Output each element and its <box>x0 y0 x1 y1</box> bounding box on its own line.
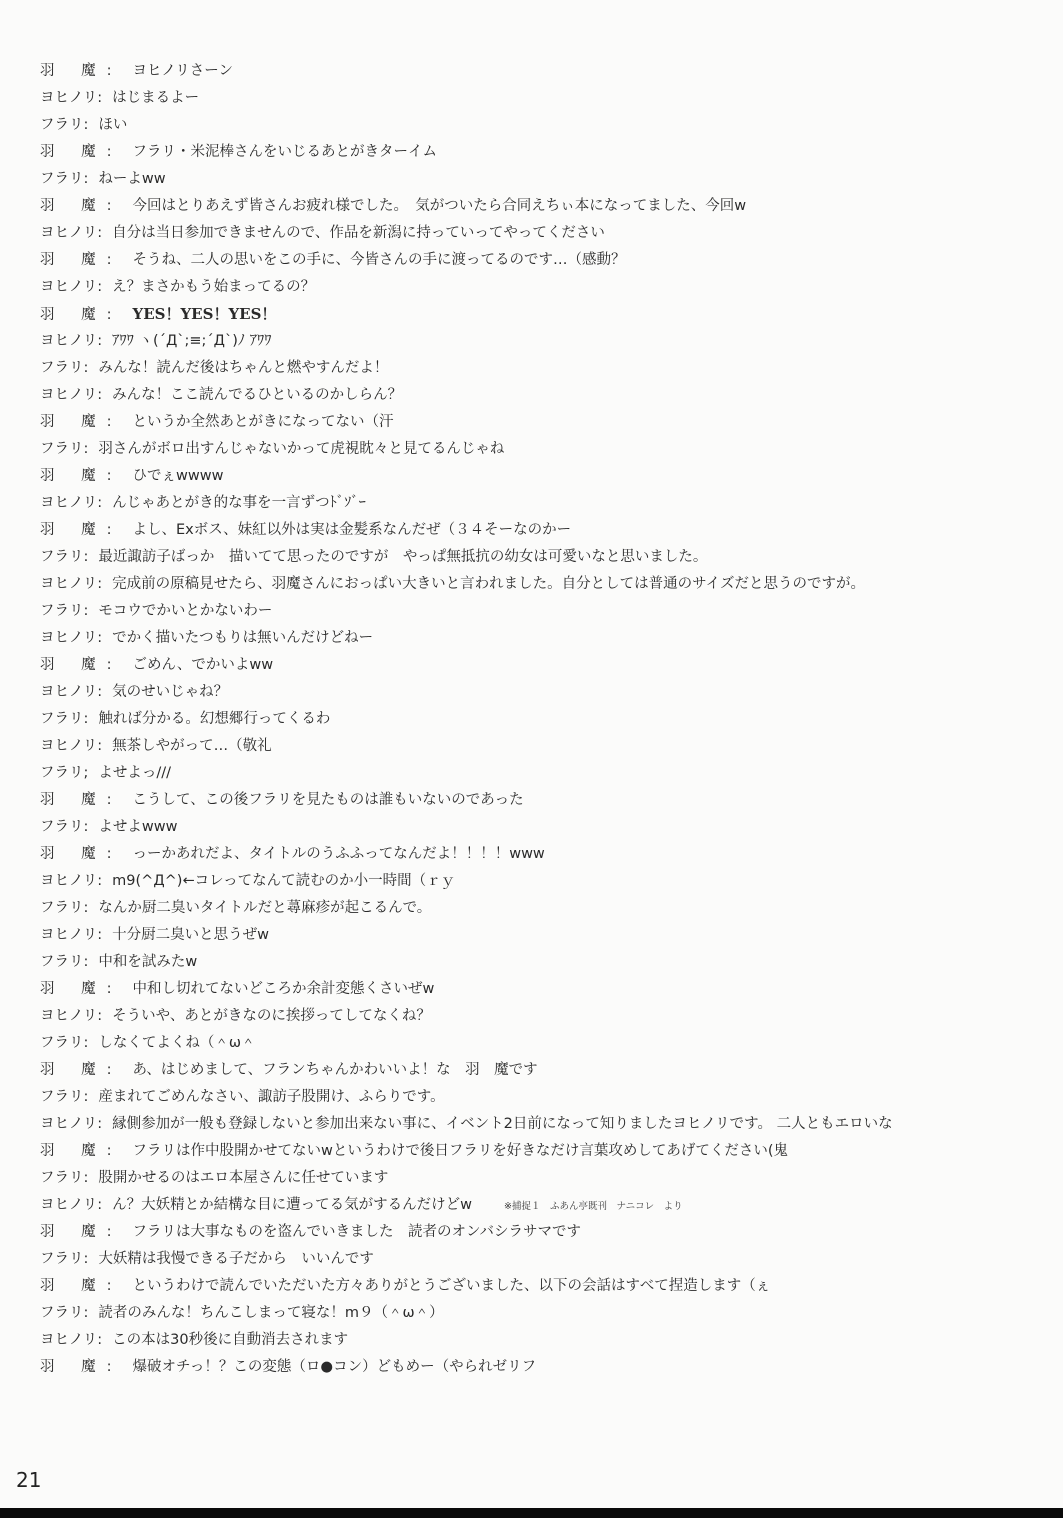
dialogue-line: 羽 魔:こうして、この後フラリを見たものは誰もいないのであった <box>40 787 1040 814</box>
speaker-label: 羽 魔: <box>40 517 123 544</box>
speaker-label: 羽 魔: <box>40 247 123 274</box>
speaker-label: ヨヒノリ: <box>40 220 102 247</box>
speaker-label: ヨヒノリ: <box>40 1327 102 1354</box>
dialogue-line: ヨヒノリ:でかく描いたつもりは無いんだけどねー <box>40 625 1040 652</box>
dialogue-text: m9(^Д^)←コレってなんて読むのか小一時間（ｒｙ <box>112 868 455 895</box>
speaker-label: 羽 魔: <box>40 1057 123 1084</box>
dialogue-line: フラリ:触れば分かる。幻想郷行ってくるわ <box>40 706 1040 733</box>
dialogue-line: フラリ:羽さんがボロ出すんじゃないかって虎視眈々と見てるんじゃね <box>40 436 1040 463</box>
speaker-label: 羽 魔: <box>40 976 123 1003</box>
dialogue-line: 羽 魔:ごめん、でかいよww <box>40 652 1040 679</box>
dialogue-text: 完成前の原稿見せたら、羽魔さんにおっぱい大きいと言われました。自分としては普通の… <box>112 571 865 598</box>
dialogue-line: ヨヒノリ:え？まさかもう始まってるの？ <box>40 274 1040 301</box>
speaker-label: フラリ: <box>40 544 88 571</box>
speaker-label: ヨヒノリ: <box>40 274 102 301</box>
dialogue-text: フラリ・米泥棒さんをいじるあとがきターイム <box>133 139 438 166</box>
dialogue-text: 触れば分かる。幻想郷行ってくるわ <box>98 706 330 733</box>
dialogue-text: しなくてよくね（＾ω＾ <box>98 1030 255 1057</box>
dialogue-text: この本は30秒後に自動消去されます <box>112 1327 348 1354</box>
dialogue-line: フラリ:股開かせるのはエロ本屋さんに任せています <box>40 1165 1040 1192</box>
dialogue-line: ヨヒノリ:自分は当日参加できませんので、作品を新潟に持っていってやってください <box>40 220 1040 247</box>
dialogue-text: よせよっ/// <box>98 760 171 787</box>
dialogue-line: 羽 魔:中和し切れてないどころか余計変態くさいぜw <box>40 976 1040 1003</box>
speaker-label: フラリ: <box>40 436 88 463</box>
speaker-label: ヨヒノリ: <box>40 328 102 355</box>
speaker-label: フラリ: <box>40 895 88 922</box>
speaker-label: 羽 魔: <box>40 787 123 814</box>
dialogue-text: よせよwww <box>98 814 177 841</box>
speaker-label: 羽 魔: <box>40 841 123 868</box>
speaker-label: ヨヒノリ: <box>40 490 102 517</box>
dialogue-text: 産まれてごめんなさい、諏訪子股開け、ふらりです。 <box>98 1084 444 1111</box>
speaker-label: フラリ: <box>40 949 88 976</box>
dialogue-text: みんな！読んだ後はちゃんと燃やすんだよ！ <box>98 355 388 382</box>
dialogue-line: 羽 魔:今回はとりあえず皆さんお疲れ様でした。 気がついたら合同えちぃ本になって… <box>40 193 1040 220</box>
dialogue-text: こうして、この後フラリを見たものは誰もいないのであった <box>133 787 524 814</box>
speaker-label: ヨヒノリ: <box>40 625 102 652</box>
dialogue-line: ヨヒノリ:んじゃあとがき的な事を一言ずつﾄﾞｿﾞｰ <box>40 490 1040 517</box>
dialogue-line: 羽 魔:爆破オチっ！？この変態（ロ●コン）どもめー（やられゼリフ <box>40 1354 1040 1381</box>
speaker-label: 羽 魔: <box>40 652 123 679</box>
dialogue-text: 羽さんがボロ出すんじゃないかって虎視眈々と見てるんじゃね <box>98 436 504 463</box>
dialogue-text: 気のせいじゃね？ <box>112 679 228 706</box>
dialogue-text: ん？大妖精とか結構な目に遭ってる気がするんだけどw <box>112 1192 472 1219</box>
dialogue-text: フラリは作中股開かせてないwというわけで後日フラリを好きなだけ言葉攻めしてあげて… <box>133 1138 789 1165</box>
dialogue-text: ねーよww <box>98 166 165 193</box>
speaker-label: フラリ: <box>40 1300 88 1327</box>
dialogue-text: 縁側参加が一般も登録しないと参加出来ない事に、イベント2日前になって知りましたヨ… <box>112 1111 892 1138</box>
afterword-dialogue: 羽 魔:ヨヒノリさーンヨヒノリ:はじまるよーフラリ:ほい羽 魔:フラリ・米泥棒さ… <box>40 58 1040 1381</box>
speaker-label: ヨヒノリ: <box>40 571 102 598</box>
speaker-label: ヨヒノリ: <box>40 85 102 112</box>
speaker-label: フラリ; <box>40 760 88 787</box>
dialogue-text: ヨヒノリさーン <box>133 58 233 85</box>
dialogue-text: みんな！ここ読んでるひといるのかしらん？ <box>112 382 402 409</box>
speaker-label: 羽 魔: <box>40 302 123 329</box>
dialogue-text: はじまるよー <box>112 85 199 112</box>
dialogue-line: ヨヒノリ:そういや、あとがきなのに挨拶ってしてなくね？ <box>40 1003 1040 1030</box>
dialogue-text: 今回はとりあえず皆さんお疲れ様でした。 気がついたら合同えちぃ本になってました、… <box>133 193 747 220</box>
dialogue-line: ヨヒノリ:ん？大妖精とか結構な目に遭ってる気がするんだけどw※捕捉１ ふあん亭既… <box>40 1192 1040 1219</box>
scan-edge-bar <box>0 1508 1063 1518</box>
dialogue-line: ヨヒノリ:無茶しやがって…（敬礼 <box>40 733 1040 760</box>
dialogue-line: 羽 魔:フラリは作中股開かせてないwというわけで後日フラリを好きなだけ言葉攻めし… <box>40 1138 1040 1165</box>
dialogue-line: ヨヒノリ:ｱﾜﾜ ヽ(´Д`;≡;´Д`)ﾉ ｱﾜﾜ <box>40 328 1040 355</box>
speaker-label: フラリ: <box>40 355 88 382</box>
dialogue-line: ヨヒノリ:完成前の原稿見せたら、羽魔さんにおっぱい大きいと言われました。自分とし… <box>40 571 1040 598</box>
speaker-label: フラリ: <box>40 1084 88 1111</box>
dialogue-line: 羽 魔:よし、Exボス、妹紅以外は実は金髪系なんだぜ（３４そーなのかー <box>40 517 1040 544</box>
dialogue-line: ヨヒノリ:気のせいじゃね？ <box>40 679 1040 706</box>
dialogue-line: 羽 魔:フラリは大事なものを盗んでいきました 読者のオンバシラサマです <box>40 1219 1040 1246</box>
dialogue-text: 爆破オチっ！？この変態（ロ●コン）どもめー（やられゼリフ <box>133 1354 537 1381</box>
speaker-label: フラリ: <box>40 706 88 733</box>
speaker-label: ヨヒノリ: <box>40 679 102 706</box>
dialogue-line: フラリ:中和を試みたw <box>40 949 1040 976</box>
speaker-label: ヨヒノリ: <box>40 1192 102 1219</box>
dialogue-line: 羽 魔:というわけで読んでいただいた方々ありがとうございました、以下の会話はすべ… <box>40 1273 1040 1300</box>
speaker-label: フラリ: <box>40 598 88 625</box>
dialogue-text: というわけで読んでいただいた方々ありがとうございました、以下の会話はすべて捏造し… <box>133 1273 771 1300</box>
dialogue-text: ｱﾜﾜ ヽ(´Д`;≡;´Д`)ﾉ ｱﾜﾜ <box>112 328 271 355</box>
dialogue-text: 最近諏訪子ばっか 描いてて思ったのですが やっぱ無抵抗の幼女は可愛いなと思いまし… <box>98 544 707 571</box>
dialogue-text: YES！YES！YES！ <box>133 301 277 328</box>
dialogue-text: フラリは大事なものを盗んでいきました 読者のオンバシラサマです <box>133 1219 581 1246</box>
dialogue-line: ヨヒノリ:m9(^Д^)←コレってなんて読むのか小一時間（ｒｙ <box>40 868 1040 895</box>
dialogue-text: モコウでかいとかないわー <box>98 598 272 625</box>
dialogue-text: 中和し切れてないどころか余計変態くさいぜw <box>133 976 435 1003</box>
dialogue-text: 大妖精は我慢できる子だから いいんです <box>98 1246 374 1273</box>
dialogue-text: ほい <box>98 112 127 139</box>
dialogue-line: フラリ;よせよっ/// <box>40 760 1040 787</box>
dialogue-line: フラリ:ねーよww <box>40 166 1040 193</box>
speaker-label: フラリ: <box>40 814 88 841</box>
dialogue-text: ごめん、でかいよww <box>133 652 274 679</box>
speaker-label: ヨヒノリ: <box>40 1111 102 1138</box>
footnote-annotation: ※捕捉１ ふあん亭既刊 ナニコレ より <box>504 1193 683 1220</box>
dialogue-text: っーかあれだよ、タイトルのうふふってなんだよ！！！！www <box>133 841 545 868</box>
dialogue-line: フラリ:よせよwww <box>40 814 1040 841</box>
dialogue-text: よし、Exボス、妹紅以外は実は金髪系なんだぜ（３４そーなのかー <box>133 517 572 544</box>
dialogue-line: ヨヒノリ:この本は30秒後に自動消去されます <box>40 1327 1040 1354</box>
dialogue-line: 羽 魔:ヨヒノリさーン <box>40 58 1040 85</box>
dialogue-text: え？まさかもう始まってるの？ <box>112 274 315 301</box>
dialogue-text: 自分は当日参加できませんので、作品を新潟に持っていってやってください <box>112 220 605 247</box>
speaker-label: 羽 魔: <box>40 58 123 85</box>
dialogue-text: 無茶しやがって…（敬礼 <box>112 733 272 760</box>
dialogue-text: そういや、あとがきなのに挨拶ってしてなくね？ <box>112 1003 431 1030</box>
dialogue-text: あ、はじめまして、フランちゃんかわいいよ！な 羽 魔です <box>133 1057 538 1084</box>
dialogue-line: フラリ:大妖精は我慢できる子だから いいんです <box>40 1246 1040 1273</box>
speaker-label: 羽 魔: <box>40 193 123 220</box>
dialogue-text: でかく描いたつもりは無いんだけどねー <box>112 625 373 652</box>
document-page: 羽 魔:ヨヒノリさーンヨヒノリ:はじまるよーフラリ:ほい羽 魔:フラリ・米泥棒さ… <box>0 0 1063 1508</box>
dialogue-line: フラリ:モコウでかいとかないわー <box>40 598 1040 625</box>
speaker-label: 羽 魔: <box>40 1273 123 1300</box>
dialogue-line: フラリ:しなくてよくね（＾ω＾ <box>40 1030 1040 1057</box>
dialogue-text: 十分厨二臭いと思うぜw <box>112 922 269 949</box>
page-number: 21 <box>16 1468 41 1492</box>
speaker-label: フラリ: <box>40 112 88 139</box>
speaker-label: 羽 魔: <box>40 1219 123 1246</box>
dialogue-text: そうね、二人の思いをこの手に、今皆さんの手に渡ってるのです…（感動？ <box>133 247 626 274</box>
speaker-label: 羽 魔: <box>40 463 123 490</box>
dialogue-text: というか全然あとがきになってない（汗 <box>133 409 394 436</box>
speaker-label: 羽 魔: <box>40 1354 123 1381</box>
dialogue-line: ヨヒノリ:はじまるよー <box>40 85 1040 112</box>
dialogue-line: フラリ:産まれてごめんなさい、諏訪子股開け、ふらりです。 <box>40 1084 1040 1111</box>
dialogue-text: なんか厨二臭いタイトルだと蕁麻疹が起こるんで。 <box>98 895 431 922</box>
speaker-label: 羽 魔: <box>40 139 123 166</box>
dialogue-text: 読者のみんな！ちんこしまって寝な！m９（＾ω＾） <box>98 1300 443 1327</box>
dialogue-line: フラリ:なんか厨二臭いタイトルだと蕁麻疹が起こるんで。 <box>40 895 1040 922</box>
speaker-label: ヨヒノリ: <box>40 868 102 895</box>
dialogue-line: 羽 魔:ひでぇwwww <box>40 463 1040 490</box>
speaker-label: ヨヒノリ: <box>40 382 102 409</box>
dialogue-line: 羽 魔:フラリ・米泥棒さんをいじるあとがきターイム <box>40 139 1040 166</box>
speaker-label: フラリ: <box>40 166 88 193</box>
speaker-label: 羽 魔: <box>40 409 123 436</box>
speaker-label: ヨヒノリ: <box>40 922 102 949</box>
dialogue-line: フラリ:みんな！読んだ後はちゃんと燃やすんだよ！ <box>40 355 1040 382</box>
speaker-label: フラリ: <box>40 1165 88 1192</box>
dialogue-line: 羽 魔:っーかあれだよ、タイトルのうふふってなんだよ！！！！www <box>40 841 1040 868</box>
dialogue-text: ひでぇwwww <box>133 463 224 490</box>
speaker-label: フラリ: <box>40 1246 88 1273</box>
speaker-label: ヨヒノリ: <box>40 1003 102 1030</box>
dialogue-line: フラリ:最近諏訪子ばっか 描いてて思ったのですが やっぱ無抵抗の幼女は可愛いなと… <box>40 544 1040 571</box>
dialogue-line: ヨヒノリ:みんな！ここ読んでるひといるのかしらん？ <box>40 382 1040 409</box>
dialogue-line: ヨヒノリ:十分厨二臭いと思うぜw <box>40 922 1040 949</box>
dialogue-line: ヨヒノリ:縁側参加が一般も登録しないと参加出来ない事に、イベント2日前になって知… <box>40 1111 1040 1138</box>
dialogue-line: フラリ:ほい <box>40 112 1040 139</box>
dialogue-text: 中和を試みたw <box>98 949 197 976</box>
dialogue-line: 羽 魔:というか全然あとがきになってない（汗 <box>40 409 1040 436</box>
speaker-label: ヨヒノリ: <box>40 733 102 760</box>
dialogue-line: 羽 魔:YES！YES！YES！ <box>40 301 1040 328</box>
dialogue-text: 股開かせるのはエロ本屋さんに任せています <box>98 1165 388 1192</box>
dialogue-line: 羽 魔:そうね、二人の思いをこの手に、今皆さんの手に渡ってるのです…（感動？ <box>40 247 1040 274</box>
dialogue-line: フラリ:読者のみんな！ちんこしまって寝な！m９（＾ω＾） <box>40 1300 1040 1327</box>
speaker-label: フラリ: <box>40 1030 88 1057</box>
dialogue-text: んじゃあとがき的な事を一言ずつﾄﾞｿﾞｰ <box>112 490 366 517</box>
dialogue-line: 羽 魔:あ、はじめまして、フランちゃんかわいいよ！な 羽 魔です <box>40 1057 1040 1084</box>
speaker-label: 羽 魔: <box>40 1138 123 1165</box>
